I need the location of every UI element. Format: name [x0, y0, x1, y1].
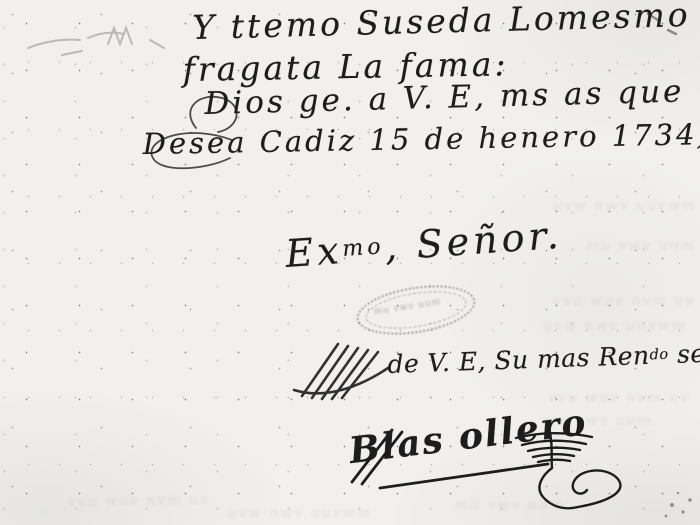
bleedthrough-text: mu vwv uum	[586, 238, 696, 254]
closing-pen-flourish	[294, 344, 388, 399]
bleedthrough-text: vvu wuv nvm uv	[553, 293, 695, 309]
bleedthrough-text: uvw nwv uuvwm	[228, 505, 372, 521]
signature-name: Blas ollero	[347, 401, 590, 472]
bleedthrough-text: vvu wuv nvm uv	[68, 492, 210, 510]
corner-speck-cluster	[665, 492, 692, 518]
manuscript-line-4-dateline: Desea Cadiz 15 de henero 1734)	[142, 117, 700, 161]
bleedthrough-text: mu vwv uum	[455, 497, 565, 513]
oval-stamp: mu vwv uum	[353, 278, 479, 342]
closing-superscript: do	[649, 347, 669, 364]
closing-formula-line: de V. E, Su mas Rendo servor,	[387, 337, 700, 379]
salutation-text: Ex	[284, 228, 344, 276]
closing-text: serv	[668, 338, 700, 369]
manuscript-line-1: Y ttemo Suseda Lomesmo ala	[192, 0, 700, 47]
salutation-line: Exmo, Señor.	[284, 213, 564, 276]
bleedthrough-text: uvw nwv uuvwm	[543, 318, 687, 334]
manuscript-scan: uvw nwv uuvwm mu vwv uum vvu wuv nvm uv …	[0, 0, 700, 525]
salutation-text: , Señor.	[383, 213, 564, 269]
smudge-top-left	[28, 28, 164, 55]
bleedthrough-text: uvw nwv uuvwm	[553, 198, 697, 214]
closing-text: de V. E, Su mas Ren	[387, 341, 650, 379]
scan-shading	[0, 385, 300, 525]
salutation-superscript: mo	[342, 234, 386, 262]
